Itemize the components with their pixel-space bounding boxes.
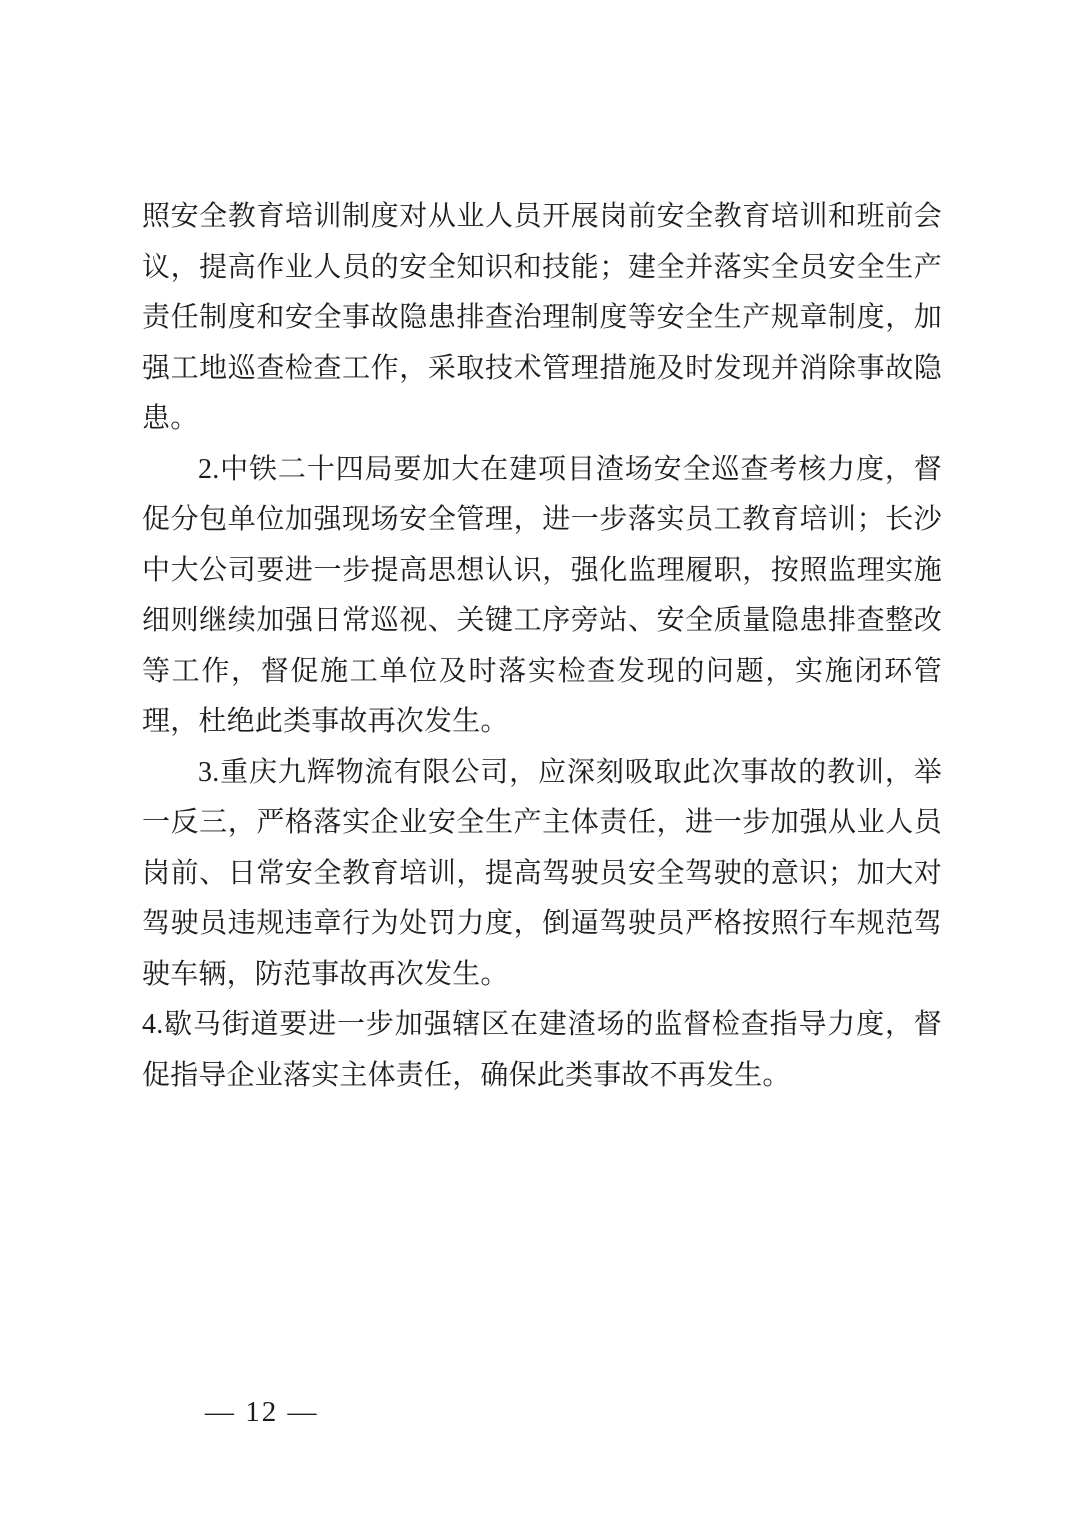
- document-page: 照安全教育培训制度对从业人员开展岗前安全教育培训和班前会议，提高作业人员的安全知…: [0, 0, 1074, 1520]
- page-number: — 12 —: [205, 1396, 319, 1428]
- paragraph-item-3: 3.重庆九辉物流有限公司，应深刻吸取此次事故的教训，举一反三，严格落实企业安全生…: [142, 748, 942, 1001]
- paragraph-item-2: 2.中铁二十四局要加大在建项目渣场安全巡查考核力度，督促分包单位加强现场安全管理…: [142, 445, 942, 748]
- paragraph-item-4: 4.歇马街道要进一步加强辖区在建渣场的监督检查指导力度，督促指导企业落实主体责任…: [142, 1000, 942, 1101]
- document-body: 照安全教育培训制度对从业人员开展岗前安全教育培训和班前会议，提高作业人员的安全知…: [142, 192, 942, 1101]
- page-footer: — 12 —: [168, 1352, 319, 1472]
- paragraph-continuation: 照安全教育培训制度对从业人员开展岗前安全教育培训和班前会议，提高作业人员的安全知…: [142, 192, 942, 445]
